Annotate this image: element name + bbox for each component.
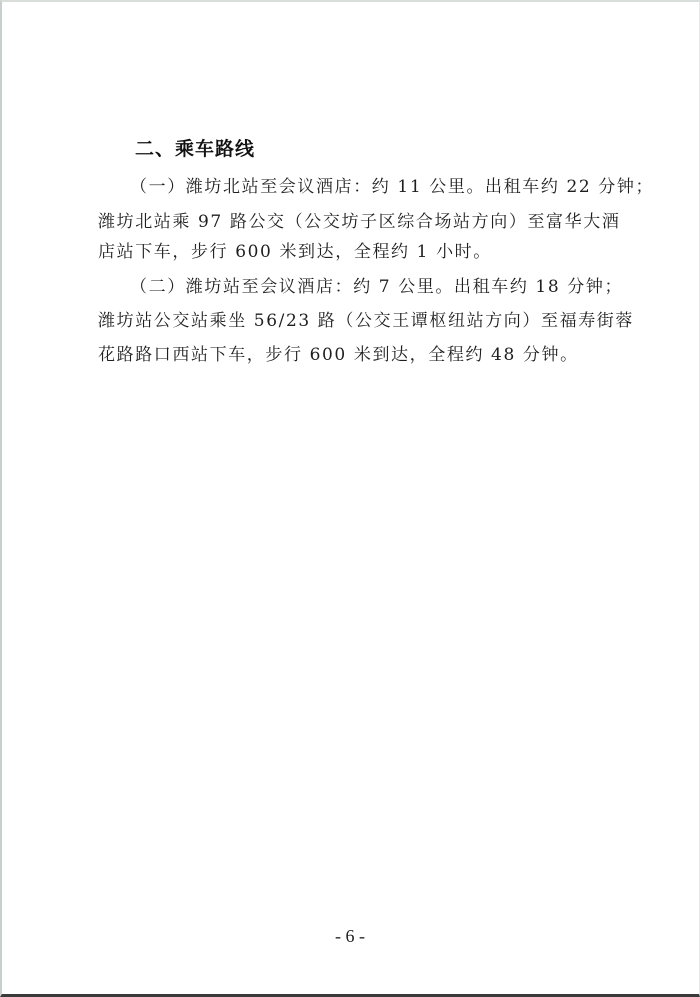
route-2-line-3: 花路路口西站下车，步行 600 米到达，全程约 48 分钟。: [98, 340, 579, 365]
route-1-line-1: （一）潍坊北站至会议酒店：约 11 公里。出租车约 22 分钟；: [130, 172, 654, 197]
route-2-line-1: （二）潍坊站至会议酒店：约 7 公里。出租车约 18 分钟；: [130, 272, 623, 297]
route-1-line-3: 店站下车，步行 600 米到达，全程约 1 小时。: [98, 237, 492, 262]
route-2-line-2: 潍坊站公交站乘坐 56/23 路（公交王谭枢纽站方向）至福寿街蓉: [98, 306, 634, 331]
section-heading: 二、乘车路线: [135, 134, 255, 161]
route-1-line-2: 潍坊北站乘 97 路公交（公交坊子区综合场站方向）至富华大酒: [98, 207, 620, 232]
document-page: [0, 0, 700, 997]
page-number: - 6 -: [0, 926, 700, 947]
